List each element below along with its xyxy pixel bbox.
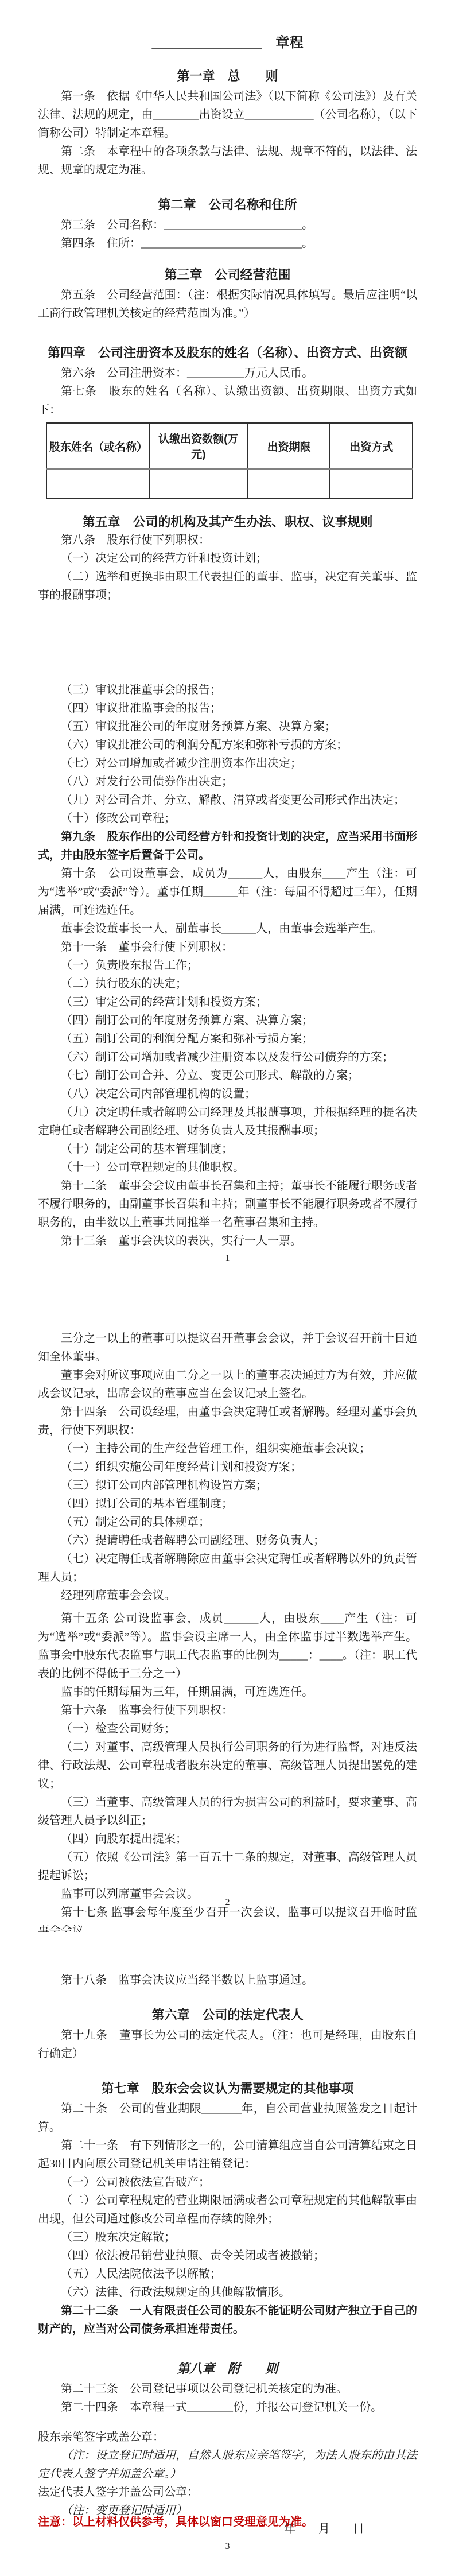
article-7: 第七条 股东的姓名（名称）、认缴出资额、出资期限、出资方式如下：	[38, 382, 417, 419]
article-16-item-2: （二）对董事、高级管理人员执行公司职务的行为进行监督，对违反法律、行政法规、公司…	[38, 1738, 417, 1793]
col-subscribed-amount: 认缴出资数额(万元)	[149, 423, 248, 470]
article-13: 第十三条 董事会决议的表决，实行一人一票。	[38, 1232, 417, 1250]
article-21-item-3: （三）股东决定解散；	[38, 2228, 417, 2247]
col-contribution-method: 出资方式	[330, 423, 413, 470]
article-12-para-3: 董事会对所议事项应由二分之一以上的董事表决通过方为有效，并应做成会议记录，出席会…	[38, 1366, 417, 1403]
article-8-item-9: （九）对公司合并、分立、解散、清算或者变更公司形式作出决定；	[38, 791, 417, 809]
article-16-item-1: （一）检查公司财务；	[38, 1720, 417, 1738]
chapter-7-heading: 第七章 股东会会议认为需要规定的其他事项	[38, 2080, 417, 2097]
col-contribution-term: 出资期限	[248, 423, 330, 470]
article-9: 第九条 股东作出的公司经营方针和投资计划的决定，应当采用书面形式，并由股东签字后…	[38, 828, 417, 864]
article-14-tail: 经理列席董事会会议。	[38, 1586, 417, 1605]
article-23: 第二十三条 公司登记事项以公司登记机关核定的为准。	[38, 2380, 417, 2398]
chapter-5-heading: 第五章 公司的机构及其产生办法、职权、议事规则	[38, 514, 417, 531]
article-11: 第十一条 董事会行使下列职权：	[38, 938, 417, 956]
chapter-6-heading: 第六章 公司的法定代表人	[38, 2007, 417, 2024]
article-21-item-2: （二）公司章程规定的营业期限届满或者公司章程规定的其他解散事由出现，但公司通过修…	[38, 2191, 417, 2228]
page-number-1: 1	[0, 1254, 455, 1264]
chapter-1-heading: 第一章 总 则	[38, 68, 417, 85]
article-21: 第二十一条 有下列情形之一的，公司清算组应当自公司清算结束之日起30日内向原公司…	[38, 2136, 417, 2173]
shareholder-signature-label: 股东亲笔签字或盖公章：	[38, 2428, 417, 2446]
legal-representative-signature-label: 法定代表人签字并盖公司公章：	[38, 2483, 417, 2501]
article-14-item-1: （一）主持公司的生产经营管理工作，组织实施董事会决议；	[38, 1440, 417, 1458]
article-8-item-6: （六）审议批准公司的利润分配方案和弥补亏损的方案；	[38, 736, 417, 754]
article-15-para-2: 监事的任期每届为三年，任期届满，可连选连任。	[38, 1683, 417, 1701]
article-14-item-5: （五）制定公司的具体规章；	[38, 1513, 417, 1531]
article-11-item-5: （五）制订公司的利润分配方案和弥补亏损方案；	[38, 1030, 417, 1048]
page-number-3: 3	[0, 2542, 455, 2552]
company-name-blank: ________________	[152, 36, 262, 51]
article-16-item-4: （四）向股东提出提案；	[38, 1830, 417, 1848]
shareholder-signature-note: （注：设立登记时适用，自然人股东应亲笔签字，为法人股东的由其法定代表人签字并加盖…	[38, 2446, 417, 2483]
article-19: 第十九条 董事长为公司的法定代表人。（注：也可是经理，由股东自行确定）	[38, 2026, 417, 2063]
article-3: 第三条 公司名称：________________________。	[38, 216, 417, 234]
article-8-item-3: （三）审议批准董事会的报告；	[38, 681, 417, 699]
table-header-row: 股东姓名（或名称） 认缴出资数额(万元) 出资期限 出资方式	[46, 423, 413, 470]
article-14-item-3: （三）拟订公司内部管理机构设置方案；	[38, 1476, 417, 1495]
article-11-item-7: （七）制订公司合并、分立、变更公司形式、解散的方案；	[38, 1066, 417, 1085]
article-8-item-8: （八）对发行公司债券作出决定；	[38, 773, 417, 791]
chapter-4-heading: 第四章 公司注册资本及股东的姓名（名称）、出资方式、出资额	[38, 344, 417, 362]
article-11-item-10: （十）制定公司的基本管理制度；	[38, 1140, 417, 1158]
article-16-item-3: （三）当董事、高级管理人员的行为损害公司的利益时，要求董事、高级管理人员予以纠正…	[38, 1793, 417, 1830]
article-21-item-5: （五）人民法院依法予以解散；	[38, 2265, 417, 2283]
cell-shareholder-name	[46, 470, 149, 499]
article-8-item-1: （一）决定公司的经营方针和投资计划；	[38, 549, 417, 568]
chapter-3-heading: 第三章 公司经营范围	[38, 266, 417, 284]
article-11-item-6: （六）制订公司增加或者减少注册资本以及发行公司债券的方案；	[38, 1048, 417, 1066]
article-21-item-6: （六）法律、行政法规规定的其他解散情形。	[38, 2283, 417, 2302]
article-14-item-4: （四）拟订公司的基本管理制度；	[38, 1495, 417, 1513]
article-11-item-4: （四）制订公司的年度财务预算方案、决算方案；	[38, 1011, 417, 1030]
reference-notice: 注意：以上材料仅供参考，具体以窗口受理意见为准。	[38, 2514, 313, 2530]
document-title-text: 章程	[276, 35, 304, 51]
article-1: 第一条 依据《中华人民共和国公司法》（以下简称《公司法》）及有关法律、法规的规定…	[38, 87, 417, 142]
page-4: 第十八条 监事会决议应当经半数以上监事通过。 第六章 公司的法定代表人 第十九条…	[0, 1932, 455, 2576]
article-11-item-8: （八）决定公司内部管理机构的设置；	[38, 1085, 417, 1103]
article-16-item-5: （五）依照《公司法》第一百五十二条的规定，对董事、高级管理人员提起诉讼；	[38, 1848, 417, 1885]
article-8-item-4: （四）审议批准监事会的报告；	[38, 699, 417, 717]
article-12-para-2: 三分之一以上的董事可以提议召开董事会会议，并于会议召开前十日通知全体董事。	[38, 1329, 417, 1366]
cell-contribution-term	[248, 470, 330, 499]
article-10-para-2: 董事会设董事长一人，副董事长______人，由董事会选举产生。	[38, 920, 417, 938]
cell-subscribed-amount	[149, 470, 248, 499]
page-number-2: 2	[0, 1898, 455, 1908]
article-14: 第十四条 公司设经理，由董事会决定聘任或者解聘。经理对董事会负责，行使下列职权：	[38, 1403, 417, 1440]
article-8-item-5: （五）审议批准公司的年度财务预算方案、决算方案；	[38, 717, 417, 736]
article-16: 第十六条 监事会行使下列职权：	[38, 1701, 417, 1720]
article-8-item-2: （二）选举和更换非由职工代表担任的董事、监事，决定有关董事、监事的报酬事项；	[38, 568, 417, 604]
page-1: ________________ 章程 第一章 总 则 第一条 依据《中华人民共…	[0, 0, 455, 644]
article-15: 第十五条 公司设监事会，成员______人，由股东____产生（注：可为“选举”…	[38, 1609, 417, 1683]
article-20: 第二十条 公司的营业期限_______年，自公司营业执照签发之日起计算。	[38, 2100, 417, 2136]
articles-of-association-document: ________________ 章程 第一章 总 则 第一条 依据《中华人民共…	[0, 0, 455, 2576]
article-24: 第二十四条 本章程一式________份，并报公司登记机关一份。	[38, 2398, 417, 2416]
article-8-item-7: （七）对公司增加或者减少注册资本作出决定；	[38, 754, 417, 773]
article-8: 第八条 股东行使下列职权：	[38, 531, 417, 549]
document-title: ________________ 章程	[38, 33, 417, 53]
article-22: 第二十二条 一人有限责任公司的股东不能证明公司财产独立于自己的财产的，应当对公司…	[38, 2302, 417, 2338]
article-21-item-4: （四）依法被吊销营业执照、责令关闭或者被撤销；	[38, 2247, 417, 2265]
article-11-item-11: （十一）公司章程规定的其他职权。	[38, 1158, 417, 1177]
article-4: 第四条 住所：____________________________。	[38, 234, 417, 253]
article-8-item-10: （十）修改公司章程；	[38, 809, 417, 828]
article-11-item-9: （九）决定聘任或者解聘公司经理及其报酬事项，并根据经理的提名决定聘任或者解聘公司…	[38, 1103, 417, 1140]
col-shareholder-name: 股东姓名（或名称）	[46, 423, 149, 470]
chapter-2-heading: 第二章 公司名称和住所	[38, 196, 417, 214]
page-3: 三分之一以上的董事可以提议召开董事会会议，并于会议召开前十日通知全体董事。 董事…	[0, 1288, 455, 1932]
article-18: 第十八条 监事会决议应当经半数以上监事通过。	[38, 1971, 417, 1989]
table-row	[46, 470, 413, 499]
article-6: 第六条 公司注册资本：__________万元人民币。	[38, 364, 417, 382]
shareholder-contribution-table: 股东姓名（或名称） 认缴出资数额(万元) 出资期限 出资方式	[46, 422, 413, 499]
article-5: 第五条 公司经营范围：（注：根据实际情况具体填写。最后应注明“以工商行政管理机关…	[38, 286, 417, 323]
article-14-item-7: （七）决定聘任或者解聘除应由董事会决定聘任或者解聘以外的负责管理人员；	[38, 1550, 417, 1586]
article-11-item-3: （三）审定公司的经营计划和投资方案；	[38, 993, 417, 1011]
cell-contribution-method	[330, 470, 413, 499]
article-14-item-2: （二）组织实施公司年度经营计划和投资方案；	[38, 1458, 417, 1476]
chapter-8-heading: 第八章 附 则	[38, 2360, 417, 2377]
article-11-item-1: （一）负责股东报告工作；	[38, 956, 417, 975]
article-2: 第二条 本章程中的各项条款与法律、法规、规章不符的，以法律、法规、规章的规定为准…	[38, 142, 417, 179]
article-21-item-1: （一）公司被依法宣告破产；	[38, 2173, 417, 2191]
article-14-item-6: （六）提请聘任或者解聘公司副经理、财务负责人；	[38, 1531, 417, 1550]
article-12: 第十二条 董事会会议由董事长召集和主持；董事长不能履行职务或者不履行职务的，由副…	[38, 1177, 417, 1232]
article-10: 第十条 公司设董事会，成员为______人，由股东____产生（注：可为“选举”…	[38, 864, 417, 920]
article-11-item-2: （二）执行股东的决定；	[38, 975, 417, 993]
page-2: （三）审议批准董事会的报告； （四）审议批准监事会的报告； （五）审议批准公司的…	[0, 644, 455, 1288]
